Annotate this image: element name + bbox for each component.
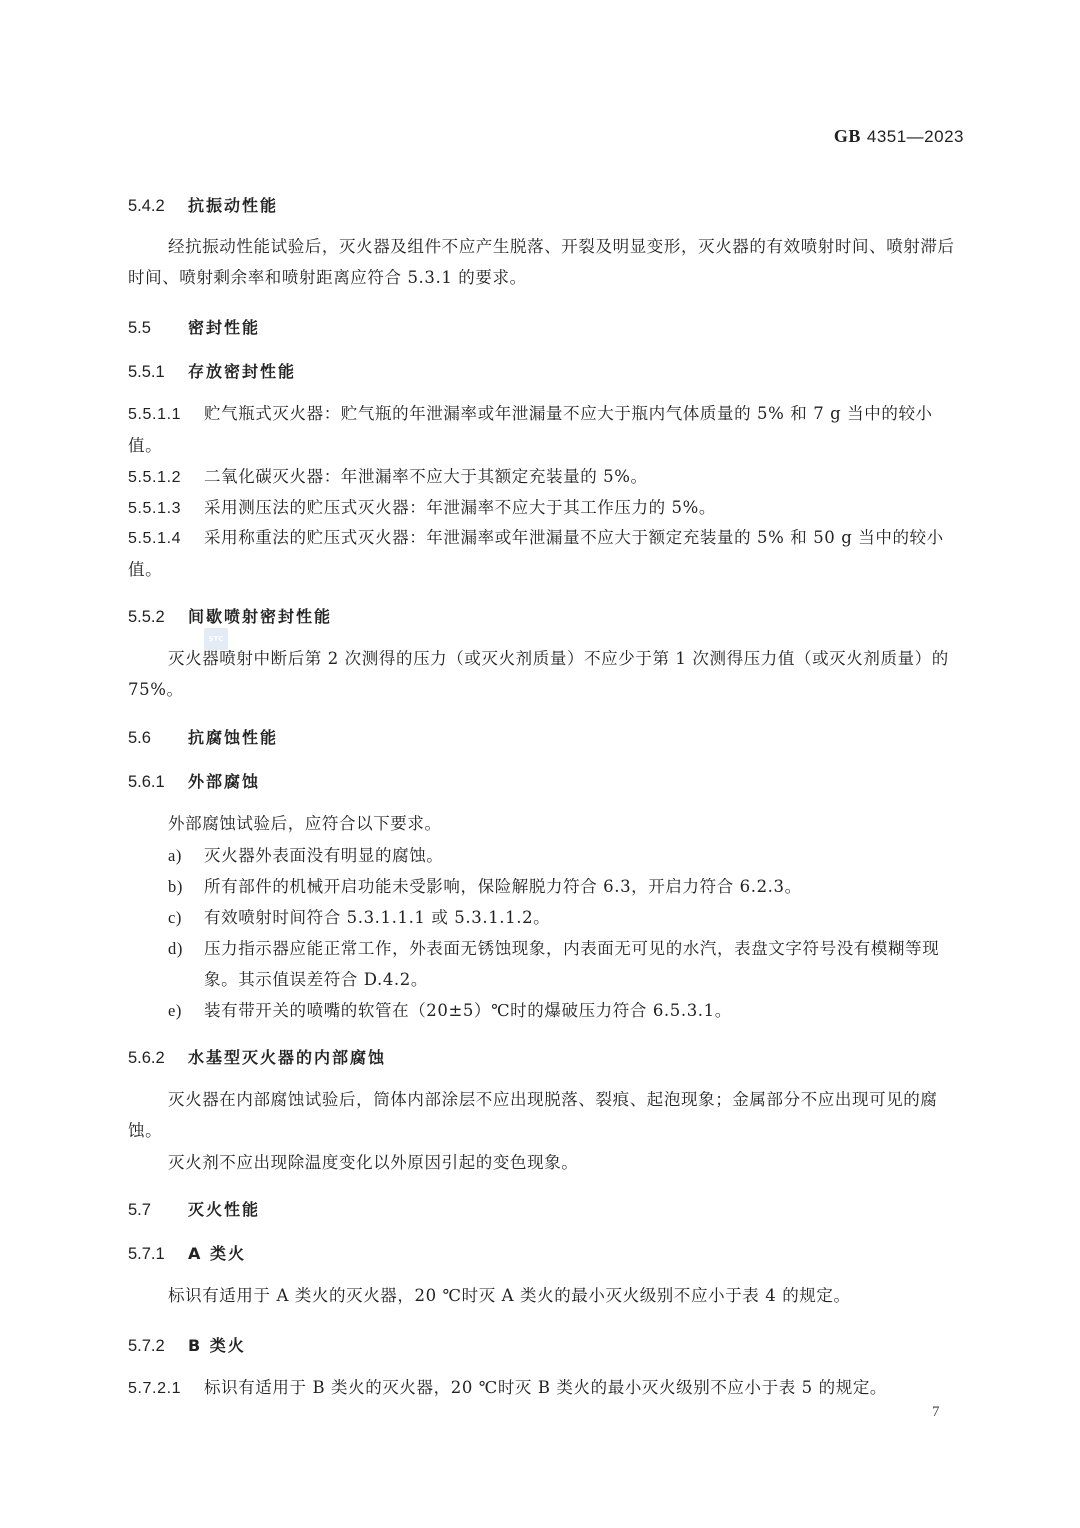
list-item-e: e)装有带开关的喷嘴的软管在（20±5）℃时的爆破压力符合 6.5.3.1。 xyxy=(168,995,966,1026)
heading-number: 5.6 xyxy=(128,729,188,748)
list-marker: a) xyxy=(168,840,182,871)
heading-5-5-2: 5.5.2间歇喷射密封性能 xyxy=(128,604,332,627)
heading-5-6: 5.6抗腐蚀性能 xyxy=(128,725,278,748)
heading-title: 存放密封性能 xyxy=(188,362,296,381)
paragraph-5-6-2-1: 灭火器在内部腐蚀试验后，筒体内部涂层不应出现脱落、裂痕、起泡现象；金属部分不应出… xyxy=(128,1084,966,1146)
heading-5-4-2: 5.4.2抗振动性能 xyxy=(128,193,278,216)
heading-title: 密封性能 xyxy=(188,318,260,337)
heading-title: 外部腐蚀 xyxy=(188,772,260,791)
heading-title: A 类火 xyxy=(188,1244,246,1263)
heading-title: 水基型灭火器的内部腐蚀 xyxy=(188,1048,386,1067)
list-text: 有效喷射时间符合 5.3.1.1.1 或 5.3.1.1.2。 xyxy=(204,908,550,927)
paragraph-5-7-1: 标识有适用于 A 类火的灭火器，20 ℃时灭 A 类火的最小灭火级别不应小于表 … xyxy=(128,1280,966,1311)
clause-text: 贮气瓶式灭火器：贮气瓶的年泄漏率或年泄漏量不应大于瓶内气体质量的 5% 和 7 … xyxy=(128,404,933,455)
clause-text: 标识有适用于 B 类火的灭火器，20 ℃时灭 B 类火的最小灭火级别不应小于表 … xyxy=(204,1378,887,1397)
heading-number: 5.5.1 xyxy=(128,363,188,382)
list-item-b: b)所有部件的机械开启功能未受影响，保险解脱力符合 6.3，开启力符合 6.2.… xyxy=(168,871,966,902)
clause-number: 5.5.1.3 xyxy=(128,493,204,524)
heading-title: 灭火性能 xyxy=(188,1200,260,1219)
list-item-c: c)有效喷射时间符合 5.3.1.1.1 或 5.3.1.1.2。 xyxy=(168,902,966,933)
heading-number: 5.7.2 xyxy=(128,1337,188,1356)
heading-5-7-1: 5.7.1A 类火 xyxy=(128,1241,246,1264)
list-marker: d) xyxy=(168,933,183,964)
clause-number: 5.7.2.1 xyxy=(128,1373,204,1404)
list-text: 所有部件的机械开启功能未受影响，保险解脱力符合 6.3，开启力符合 6.2.3。 xyxy=(204,877,802,896)
clause-text: 采用称重法的贮压式灭火器：年泄漏率或年泄漏量不应大于额定充装量的 5% 和 50… xyxy=(128,528,944,579)
clause-text: 采用测压法的贮压式灭火器：年泄漏率不应大于其工作压力的 5%。 xyxy=(204,498,716,517)
heading-title: 抗振动性能 xyxy=(188,196,278,215)
heading-number: 5.4.2 xyxy=(128,197,188,216)
heading-5-7: 5.7灭火性能 xyxy=(128,1197,260,1220)
list-marker: c) xyxy=(168,902,182,933)
heading-5-6-2: 5.6.2水基型灭火器的内部腐蚀 xyxy=(128,1045,386,1068)
paragraph-5-6-1-intro: 外部腐蚀试验后，应符合以下要求。 xyxy=(128,808,966,839)
clause-number: 5.5.1.4 xyxy=(128,523,204,554)
list-text: 装有带开关的喷嘴的软管在（20±5）℃时的爆破压力符合 6.5.3.1。 xyxy=(204,1001,732,1020)
standard-prefix: GB xyxy=(834,126,861,146)
document-header: GB4351—2023 xyxy=(834,126,964,147)
clause-number: 5.5.1.2 xyxy=(128,462,204,493)
clause-5-5-1-2: 5.5.1.2二氧化碳灭火器：年泄漏率不应大于其额定充装量的 5%。 xyxy=(128,461,966,493)
clause-5-7-2-1: 5.7.2.1标识有适用于 B 类火的灭火器，20 ℃时灭 B 类火的最小灭火级… xyxy=(128,1372,966,1404)
heading-5-5: 5.5密封性能 xyxy=(128,315,260,338)
page-number: 7 xyxy=(932,1404,940,1421)
clause-number: 5.5.1.1 xyxy=(128,399,204,430)
list-item-a: a)灭火器外表面没有明显的腐蚀。 xyxy=(168,840,966,871)
heading-5-7-2: 5.7.2B 类火 xyxy=(128,1333,246,1356)
heading-title: 间歇喷射密封性能 xyxy=(188,607,332,626)
clause-5-5-1-3: 5.5.1.3采用测压法的贮压式灭火器：年泄漏率不应大于其工作压力的 5%。 xyxy=(128,492,966,524)
heading-title: B 类火 xyxy=(188,1336,246,1355)
standard-number: 4351—2023 xyxy=(867,127,964,146)
paragraph-5-4-2: 经抗振动性能试验后，灭火器及组件不应产生脱落、开裂及明显变形，灭火器的有效喷射时… xyxy=(128,231,966,293)
list-marker: e) xyxy=(168,995,182,1026)
list-marker: b) xyxy=(168,871,183,902)
list-text: 压力指示器应能正常工作，外表面无锈蚀现象，内表面无可见的水汽，表盘文字符号没有模… xyxy=(204,939,939,989)
heading-number: 5.5 xyxy=(128,319,188,338)
paragraph-5-6-2-2: 灭火剂不应出现除温度变化以外原因引起的变色现象。 xyxy=(128,1147,966,1178)
list-text: 灭火器外表面没有明显的腐蚀。 xyxy=(204,846,443,865)
heading-number: 5.6.2 xyxy=(128,1049,188,1068)
watermark-logo: STC xyxy=(204,628,228,650)
heading-number: 5.5.2 xyxy=(128,608,188,627)
heading-5-6-1: 5.6.1外部腐蚀 xyxy=(128,769,260,792)
heading-number: 5.7 xyxy=(128,1201,188,1220)
list-item-d: d)压力指示器应能正常工作，外表面无锈蚀现象，内表面无可见的水汽，表盘文字符号没… xyxy=(168,933,966,995)
clause-5-5-1-4: 5.5.1.4采用称重法的贮压式灭火器：年泄漏率或年泄漏量不应大于额定充装量的 … xyxy=(128,522,966,585)
clause-text: 二氧化碳灭火器：年泄漏率不应大于其额定充装量的 5%。 xyxy=(204,467,648,486)
heading-5-5-1: 5.5.1存放密封性能 xyxy=(128,359,296,382)
heading-number: 5.7.1 xyxy=(128,1245,188,1264)
heading-number: 5.6.1 xyxy=(128,773,188,792)
paragraph-5-5-2: 灭火器喷射中断后第 2 次测得的压力（或灭火剂质量）不应少于第 1 次测得压力值… xyxy=(128,643,966,705)
clause-5-5-1-1: 5.5.1.1贮气瓶式灭火器：贮气瓶的年泄漏率或年泄漏量不应大于瓶内气体质量的 … xyxy=(128,398,966,461)
heading-title: 抗腐蚀性能 xyxy=(188,728,278,747)
